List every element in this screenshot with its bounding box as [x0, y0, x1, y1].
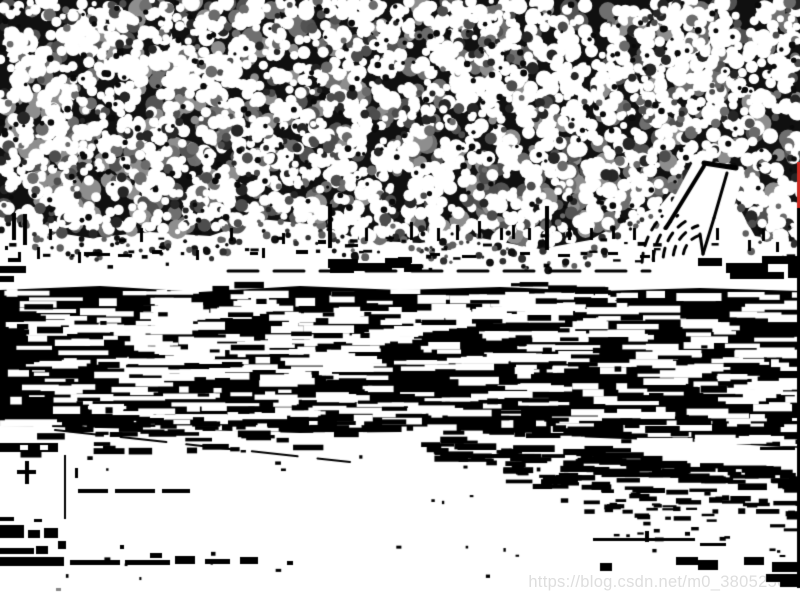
- binarized-photo-canvas: [0, 0, 800, 600]
- binarized-image: https://blog.csdn.net/m0_38052500: [0, 0, 800, 600]
